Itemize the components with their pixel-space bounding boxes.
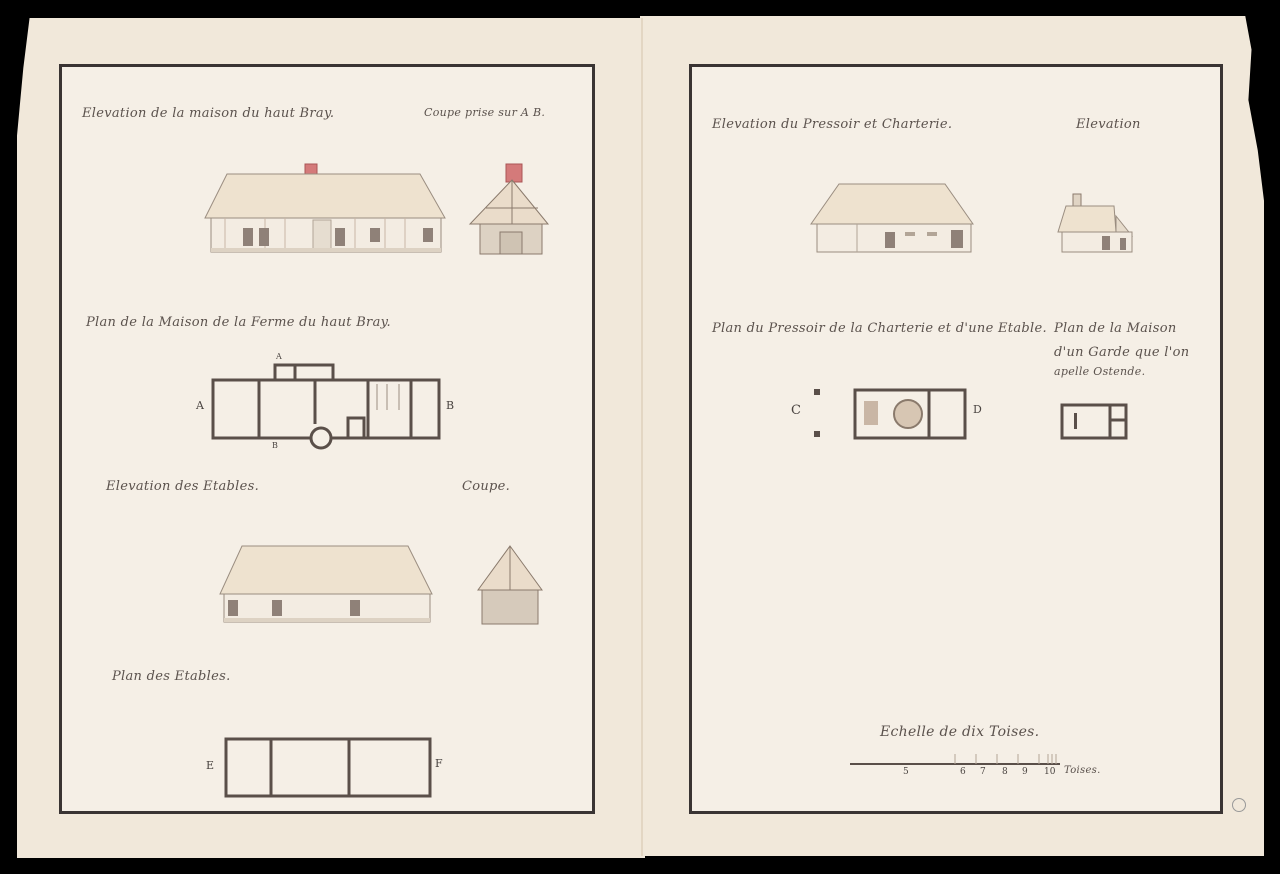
library-stamp-icon	[1232, 798, 1246, 812]
scale-tick-10: 10	[1044, 767, 1055, 777]
plan-stables-title: Plan des Etables.	[112, 669, 231, 684]
scale-title: Echelle de dix Toises.	[880, 724, 1039, 740]
page-fold	[641, 18, 643, 856]
guard-plan-drawing	[1060, 403, 1130, 441]
scale-tick-9: 9	[1022, 767, 1028, 777]
house-plan-drawing	[211, 362, 441, 454]
plan-label-f: F	[435, 757, 443, 770]
house-section-drawing	[466, 162, 551, 256]
section-house-title: Coupe prise sur A B.	[424, 106, 545, 119]
plan-label-b-bottom: B	[272, 441, 278, 450]
plan-label-c: C	[791, 403, 801, 418]
house-elevation-drawing	[205, 162, 445, 254]
stables-plan-drawing	[224, 737, 432, 799]
plan-press-title: Plan du Pressoir de la Charterie et d'un…	[712, 321, 1047, 336]
plan-label-a: A	[196, 399, 204, 412]
stables-section-drawing	[476, 544, 544, 626]
section-stables-title: Coupe.	[462, 479, 510, 494]
elevation-house-title: Elevation de la maison du haut Bray.	[82, 106, 334, 121]
scale-tick-8: 8	[1002, 767, 1008, 777]
plan-label-b: B	[446, 399, 454, 412]
scale-tick-6: 6	[960, 767, 966, 777]
elevation-press-title: Elevation du Pressoir et Charterie.	[712, 117, 952, 132]
press-plan-drawing	[812, 385, 972, 441]
plan-label-a-top: A	[276, 352, 282, 361]
scale-unit: Toises.	[1064, 765, 1101, 776]
scale-bar	[850, 750, 1060, 770]
elevation-stables-title: Elevation des Etables.	[106, 479, 259, 494]
scale-tick-7: 7	[980, 767, 986, 777]
plan-guard-title-3: apelle Ostende.	[1054, 365, 1145, 378]
plan-house-title: Plan de la Maison de la Ferme du haut Br…	[86, 315, 391, 330]
press-elevation-drawing	[809, 182, 975, 254]
plan-guard-title-1: Plan de la Maison	[1054, 321, 1177, 336]
stables-elevation-drawing	[220, 544, 434, 626]
elevation-guard-title: Elevation	[1076, 117, 1141, 132]
plan-label-e: E	[206, 759, 214, 772]
scale-tick-5: 5	[903, 767, 909, 777]
guard-elevation-drawing	[1058, 192, 1134, 254]
plan-label-d: D	[973, 403, 982, 416]
plan-guard-title-2: d'un Garde que l'on	[1054, 345, 1189, 360]
